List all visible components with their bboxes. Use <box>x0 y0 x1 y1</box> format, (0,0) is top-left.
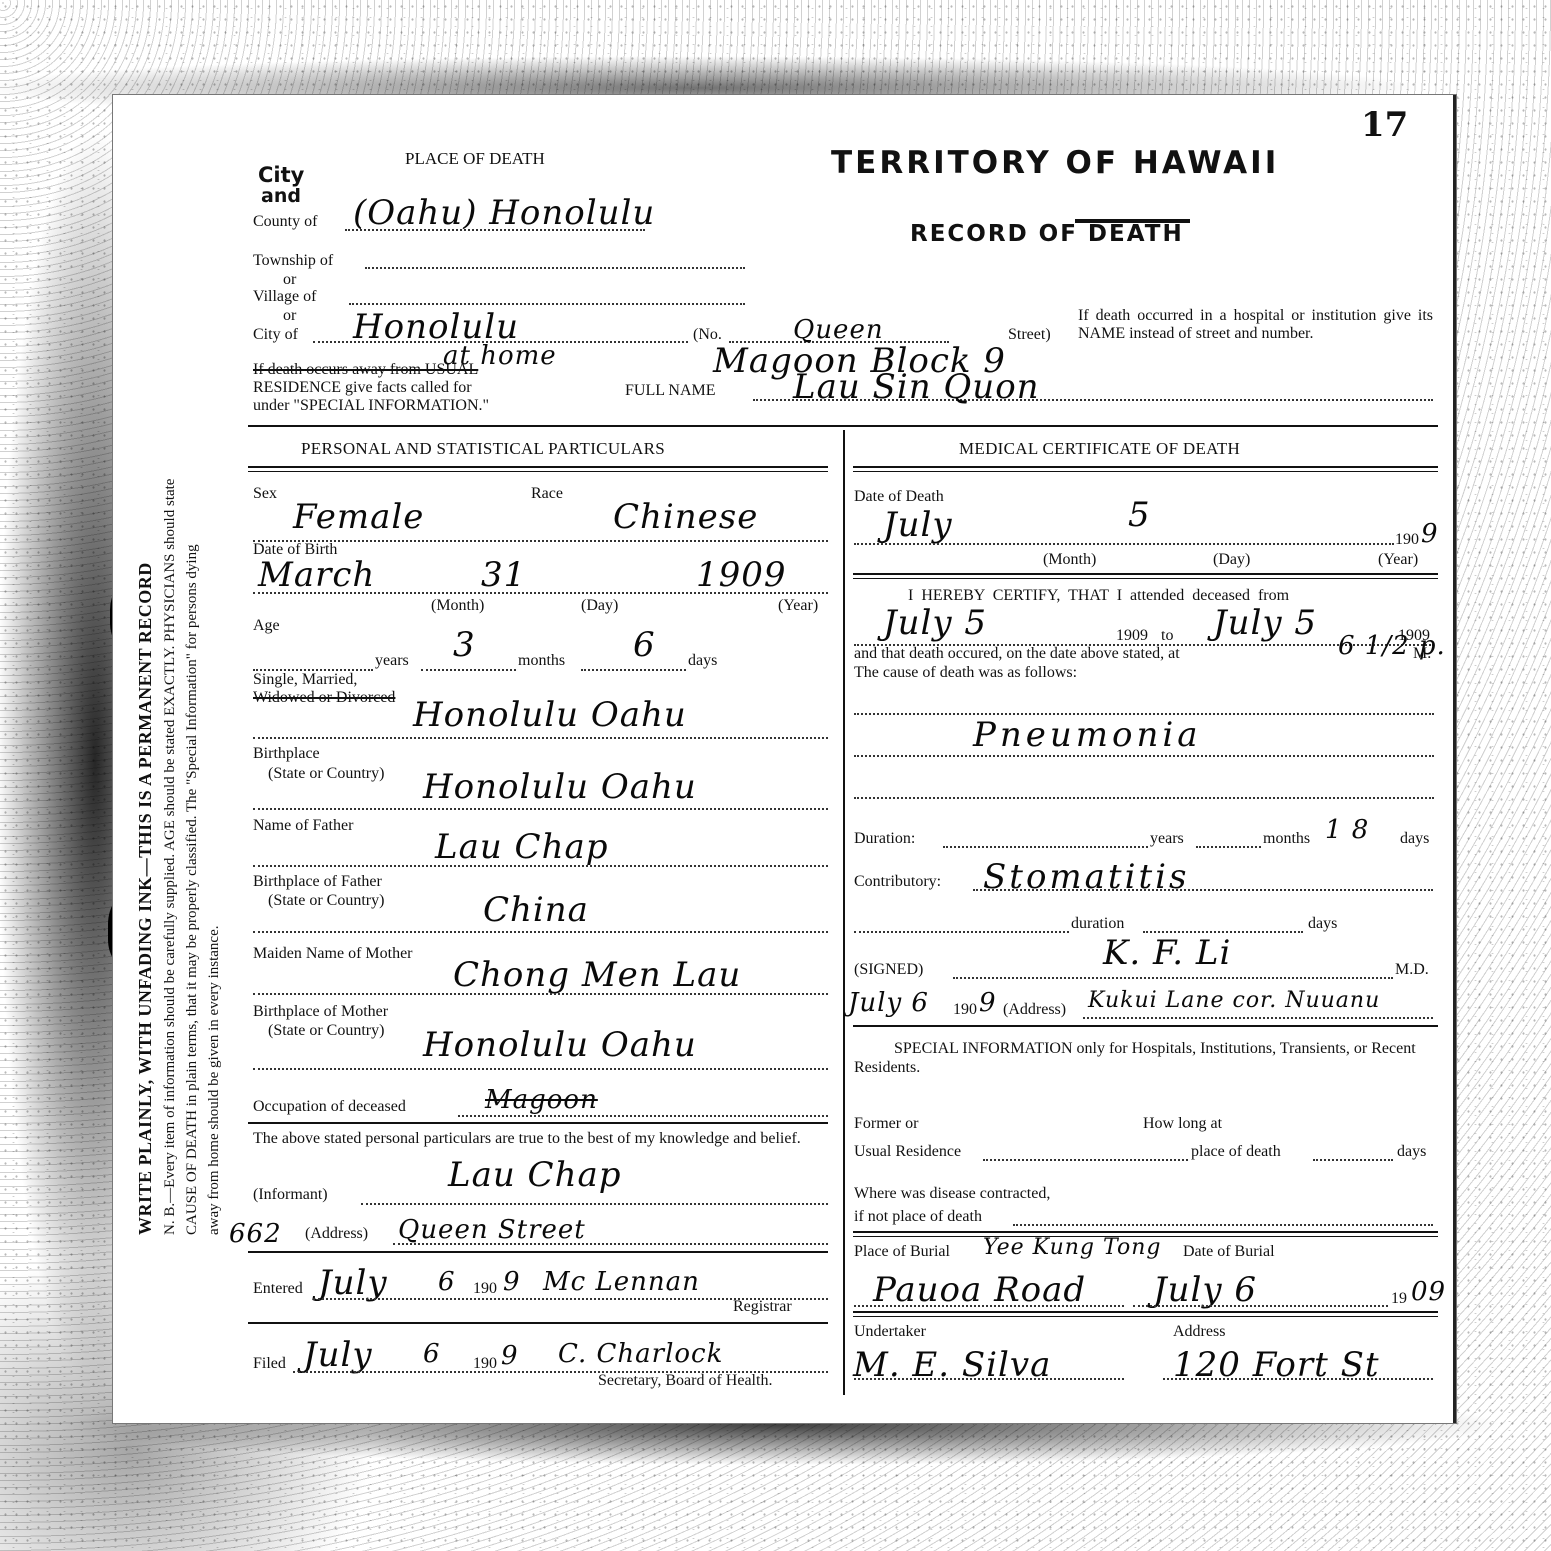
mother-birthplace-field-line <box>253 1068 828 1070</box>
undertaker-label: Undertaker <box>854 1323 926 1341</box>
duration-days-label: days <box>1400 830 1429 848</box>
burial-date-label: Date of Burial <box>1183 1243 1275 1261</box>
marital-label-1: Single, Married, <box>253 671 357 689</box>
signed-date-value: July 6 <box>848 988 929 1018</box>
county-value: (Oahu) Honolulu <box>353 193 655 233</box>
dob-year-value: 1909 <box>696 555 787 595</box>
entered-year-suffix: 9 <box>503 1267 521 1297</box>
signed-label: (SIGNED) <box>854 961 923 979</box>
burial-place-value-2: Pauoa Road <box>873 1270 1086 1310</box>
undertaker-field-line <box>854 1378 1124 1380</box>
dod-year-prefix: 190 <box>1395 531 1419 549</box>
where-contracted-label-2: if not place of death <box>854 1208 982 1226</box>
occupation-field-line <box>458 1115 828 1117</box>
former-label: Former or <box>854 1115 918 1133</box>
duration-days-value: 1 8 <box>1325 815 1369 845</box>
filed-day-value: 6 <box>423 1339 441 1369</box>
registrar-signature: Mc Lennan <box>543 1267 700 1297</box>
margin-line-2: N. B.—Every item of information should b… <box>159 479 181 1235</box>
attended-from-value: July 5 <box>883 603 987 643</box>
marital-value: Honolulu Oahu <box>413 695 687 735</box>
birthplace-value: Honolulu Oahu <box>423 767 697 807</box>
age-days-value: 6 <box>633 625 656 665</box>
dob-day-value: 31 <box>481 555 526 595</box>
death-time-suffix: M. <box>1413 645 1431 663</box>
signed-rule <box>853 1025 1438 1027</box>
attest-text: The above stated personal particulars ar… <box>253 1130 828 1148</box>
race-label: Race <box>531 485 563 503</box>
contributory-value: Stomatitis <box>983 857 1189 897</box>
address-rule <box>248 1251 828 1253</box>
dod-month-value: July <box>883 505 953 545</box>
burial-place-field-line <box>854 1305 1124 1307</box>
usual-residence-label: Usual Residence <box>854 1143 961 1161</box>
where-contracted-field-line <box>1013 1224 1433 1226</box>
and-label: and <box>261 185 301 207</box>
burial-place-label: Place of Burial <box>854 1243 950 1261</box>
place-of-death-label: place of death <box>1191 1143 1281 1161</box>
entered-day-value: 6 <box>438 1267 456 1297</box>
where-contracted-label-1: Where was disease contracted, <box>854 1185 1050 1203</box>
personal-title-rule <box>248 471 828 472</box>
burial-date-value: July 6 <box>1153 1270 1257 1310</box>
where-contracted-rule <box>853 1231 1438 1233</box>
dob-year-caption: (Year) <box>778 597 818 615</box>
death-time-text: and that death occured, on the date abov… <box>854 645 1180 663</box>
medical-title-rule <box>853 466 1438 468</box>
city-of-label: City of <box>253 326 298 344</box>
page-number: 17 <box>1361 105 1408 145</box>
dob-month-caption: (Month) <box>431 597 484 615</box>
filed-month-value: July <box>303 1335 373 1375</box>
personal-title-rule <box>248 466 828 468</box>
residence-note-1: If death occurs away from USUAL <box>253 361 478 379</box>
informant-field-line <box>361 1203 828 1205</box>
dod-rule <box>853 573 1438 575</box>
document-title: TERRITORY OF HAWAII <box>831 145 1279 181</box>
marital-label-2: Widowed or Divorced <box>253 689 395 707</box>
entered-month-value: July <box>318 1263 388 1303</box>
entered-rule <box>248 1322 828 1324</box>
full-name-value: Lau Sin Quon <box>793 367 1040 407</box>
dod-label: Date of Death <box>854 488 944 506</box>
contributory-label: Contributory: <box>854 873 941 891</box>
birthplace-field-line <box>253 808 828 810</box>
sex-race-field-line <box>253 540 828 542</box>
burial-rule <box>853 1311 1438 1313</box>
medical-section-title: MEDICAL CERTIFICATE OF DEATH <box>959 439 1240 459</box>
death-record-document: WRITE PLAINLY, WITH UNFADING INK—THIS IS… <box>113 95 1456 1423</box>
attended-from-year: 1909 <box>1116 627 1148 645</box>
burial-date-field-line <box>1133 1305 1388 1307</box>
dob-month-value: March <box>258 555 375 595</box>
or-label: or <box>283 307 296 325</box>
township-field-line <box>365 267 745 269</box>
burial-year-suffix: 09 <box>1411 1277 1446 1307</box>
how-long-field-line <box>1313 1159 1393 1161</box>
father-field-line <box>253 865 828 867</box>
secretary-label: Secretary, Board of Health. <box>598 1372 772 1390</box>
father-birthplace-value: China <box>483 890 589 930</box>
residence-note-2: RESIDENCE give facts called for <box>253 379 472 397</box>
father-birthplace-label: Birthplace of Father <box>253 873 382 891</box>
how-long-days-label: days <box>1397 1143 1426 1161</box>
mother-birthplace-state-label: (State or Country) <box>268 1022 384 1040</box>
dod-rule <box>853 578 1438 579</box>
burial-rule <box>853 1316 1438 1317</box>
address-label: (Address) <box>305 1225 368 1243</box>
burial-place-value-1: Yee Kung Tong <box>983 1235 1161 1260</box>
dod-year-suffix: 9 <box>1421 519 1439 549</box>
contrib-duration-line <box>854 931 1069 933</box>
burial-year-prefix: 19 <box>1391 1290 1407 1308</box>
city-label: City <box>258 163 304 187</box>
contrib-duration-label: duration <box>1071 915 1124 933</box>
cause-field-line <box>854 755 1434 757</box>
cause-value: Pneumonia <box>973 715 1202 755</box>
dob-day-caption: (Day) <box>581 597 618 615</box>
duration-years-line <box>943 846 1148 848</box>
signed-address-value: Kukui Lane cor. Nuuanu <box>1088 988 1380 1013</box>
dod-field-line <box>854 543 1394 545</box>
dob-field-line <box>253 592 828 594</box>
header-divider <box>248 425 1438 427</box>
mother-label: Maiden Name of Mother <box>253 945 413 963</box>
contributory-field-line <box>973 889 1433 891</box>
village-label: Village of <box>253 288 316 306</box>
usual-residence-field-line <box>983 1159 1188 1161</box>
margin-line-3: CAUSE OF DEATH in plain terms, that it m… <box>181 479 203 1235</box>
duration-months-label: months <box>1263 830 1310 848</box>
full-name-label: FULL NAME <box>625 382 716 400</box>
contrib-days-label: days <box>1308 915 1337 933</box>
entered-label: Entered <box>253 1280 303 1298</box>
age-days-line <box>581 669 686 671</box>
to-label: to <box>1161 627 1173 645</box>
cause-field-line <box>854 797 1434 799</box>
duration-months-line <box>1196 846 1261 848</box>
occupation-rule <box>248 1122 828 1124</box>
father-label: Name of Father <box>253 817 353 835</box>
occupation-label: Occupation of deceased <box>253 1098 406 1116</box>
informant-value: Lau Chap <box>448 1155 622 1195</box>
signed-address-field-line <box>1083 1017 1433 1019</box>
father-birthplace-field-line <box>253 931 828 933</box>
margin-line-1: WRITE PLAINLY, WITH UNFADING INK—THIS IS… <box>131 479 159 1235</box>
father-value: Lau Chap <box>435 827 609 867</box>
residence-note-3: under "SPECIAL INFORMATION." <box>253 397 489 415</box>
mother-birthplace-value: Honolulu Oahu <box>423 1025 697 1065</box>
signed-year-prefix: 190 <box>953 1001 977 1019</box>
medical-title-rule <box>853 471 1438 472</box>
marital-field-line <box>253 737 828 739</box>
dod-day-caption: (Day) <box>1213 551 1250 569</box>
mother-field-line <box>253 993 828 995</box>
dod-day-value: 5 <box>1128 495 1151 535</box>
undertaker-address-field-line <box>1163 1378 1433 1380</box>
signed-address-label: (Address) <box>1003 1001 1066 1019</box>
address-value: Queen Street <box>398 1215 586 1245</box>
how-long-label: How long at <box>1143 1115 1222 1133</box>
filed-label: Filed <box>253 1355 286 1373</box>
age-months-label: months <box>518 652 565 670</box>
column-divider <box>843 430 845 1395</box>
village-field-line <box>349 303 745 305</box>
age-label: Age <box>253 617 280 635</box>
informant-label: (Informant) <box>253 1186 328 1204</box>
duration-years-label: years <box>1150 830 1184 848</box>
signed-field-line <box>953 977 1393 979</box>
margin-line-4: away from home should be given in every … <box>203 479 225 1235</box>
signed-year-suffix: 9 <box>979 988 997 1018</box>
duration-label: Duration: <box>854 830 915 848</box>
place-of-death-heading: PLACE OF DEATH <box>405 149 545 169</box>
sex-value: Female <box>293 497 424 537</box>
mother-value: Chong Men Lau <box>453 955 741 995</box>
county-label: County of <box>253 213 317 231</box>
special-info-text: SPECIAL INFORMATION only for Hospitals, … <box>854 1039 1434 1077</box>
birthplace-label: Birthplace <box>253 745 320 763</box>
address-field-line <box>393 1243 828 1245</box>
margin-instructions: WRITE PLAINLY, WITH UNFADING INK—THIS IS… <box>131 479 225 1235</box>
dod-year-caption: (Year) <box>1378 551 1418 569</box>
dod-month-caption: (Month) <box>1043 551 1096 569</box>
personal-section-title: PERSONAL AND STATISTICAL PARTICULARS <box>301 439 665 459</box>
mother-birthplace-label: Birthplace of Mother <box>253 1003 388 1021</box>
attended-to-value: July 5 <box>1213 603 1317 643</box>
street-label: Street) <box>1008 326 1051 344</box>
father-birthplace-state-label: (State or Country) <box>268 892 384 910</box>
age-years-label: years <box>375 652 409 670</box>
residence-note-text: If death occurs away from USUAL <box>253 361 478 378</box>
undertaker-address-label: Address <box>1173 1323 1225 1341</box>
birthplace-state-label: (State or Country) <box>268 765 384 783</box>
age-days-label: days <box>688 652 717 670</box>
md-label: M.D. <box>1395 961 1429 979</box>
age-months-value: 3 <box>453 625 476 665</box>
or-label: or <box>283 271 296 289</box>
hospital-note: If death occurred in a hospital or insti… <box>1078 307 1433 343</box>
township-label: Township of <box>253 252 333 270</box>
sex-label: Sex <box>253 485 277 503</box>
occupation-value: Magoon <box>485 1085 598 1115</box>
address-number-value: 662 <box>229 1219 282 1249</box>
cause-label: The cause of death was as follows: <box>854 664 1077 682</box>
secretary-signature: C. Charlock <box>558 1339 723 1369</box>
race-value: Chinese <box>613 497 758 537</box>
signed-value: K. F. Li <box>1103 933 1231 973</box>
age-months-line <box>421 669 516 671</box>
filed-year-suffix: 9 <box>501 1341 519 1371</box>
document-subtitle: RECORD OF DEATH <box>910 221 1184 247</box>
registrar-label: Registrar <box>733 1298 792 1316</box>
entered-year-prefix: 190 <box>473 1280 497 1298</box>
